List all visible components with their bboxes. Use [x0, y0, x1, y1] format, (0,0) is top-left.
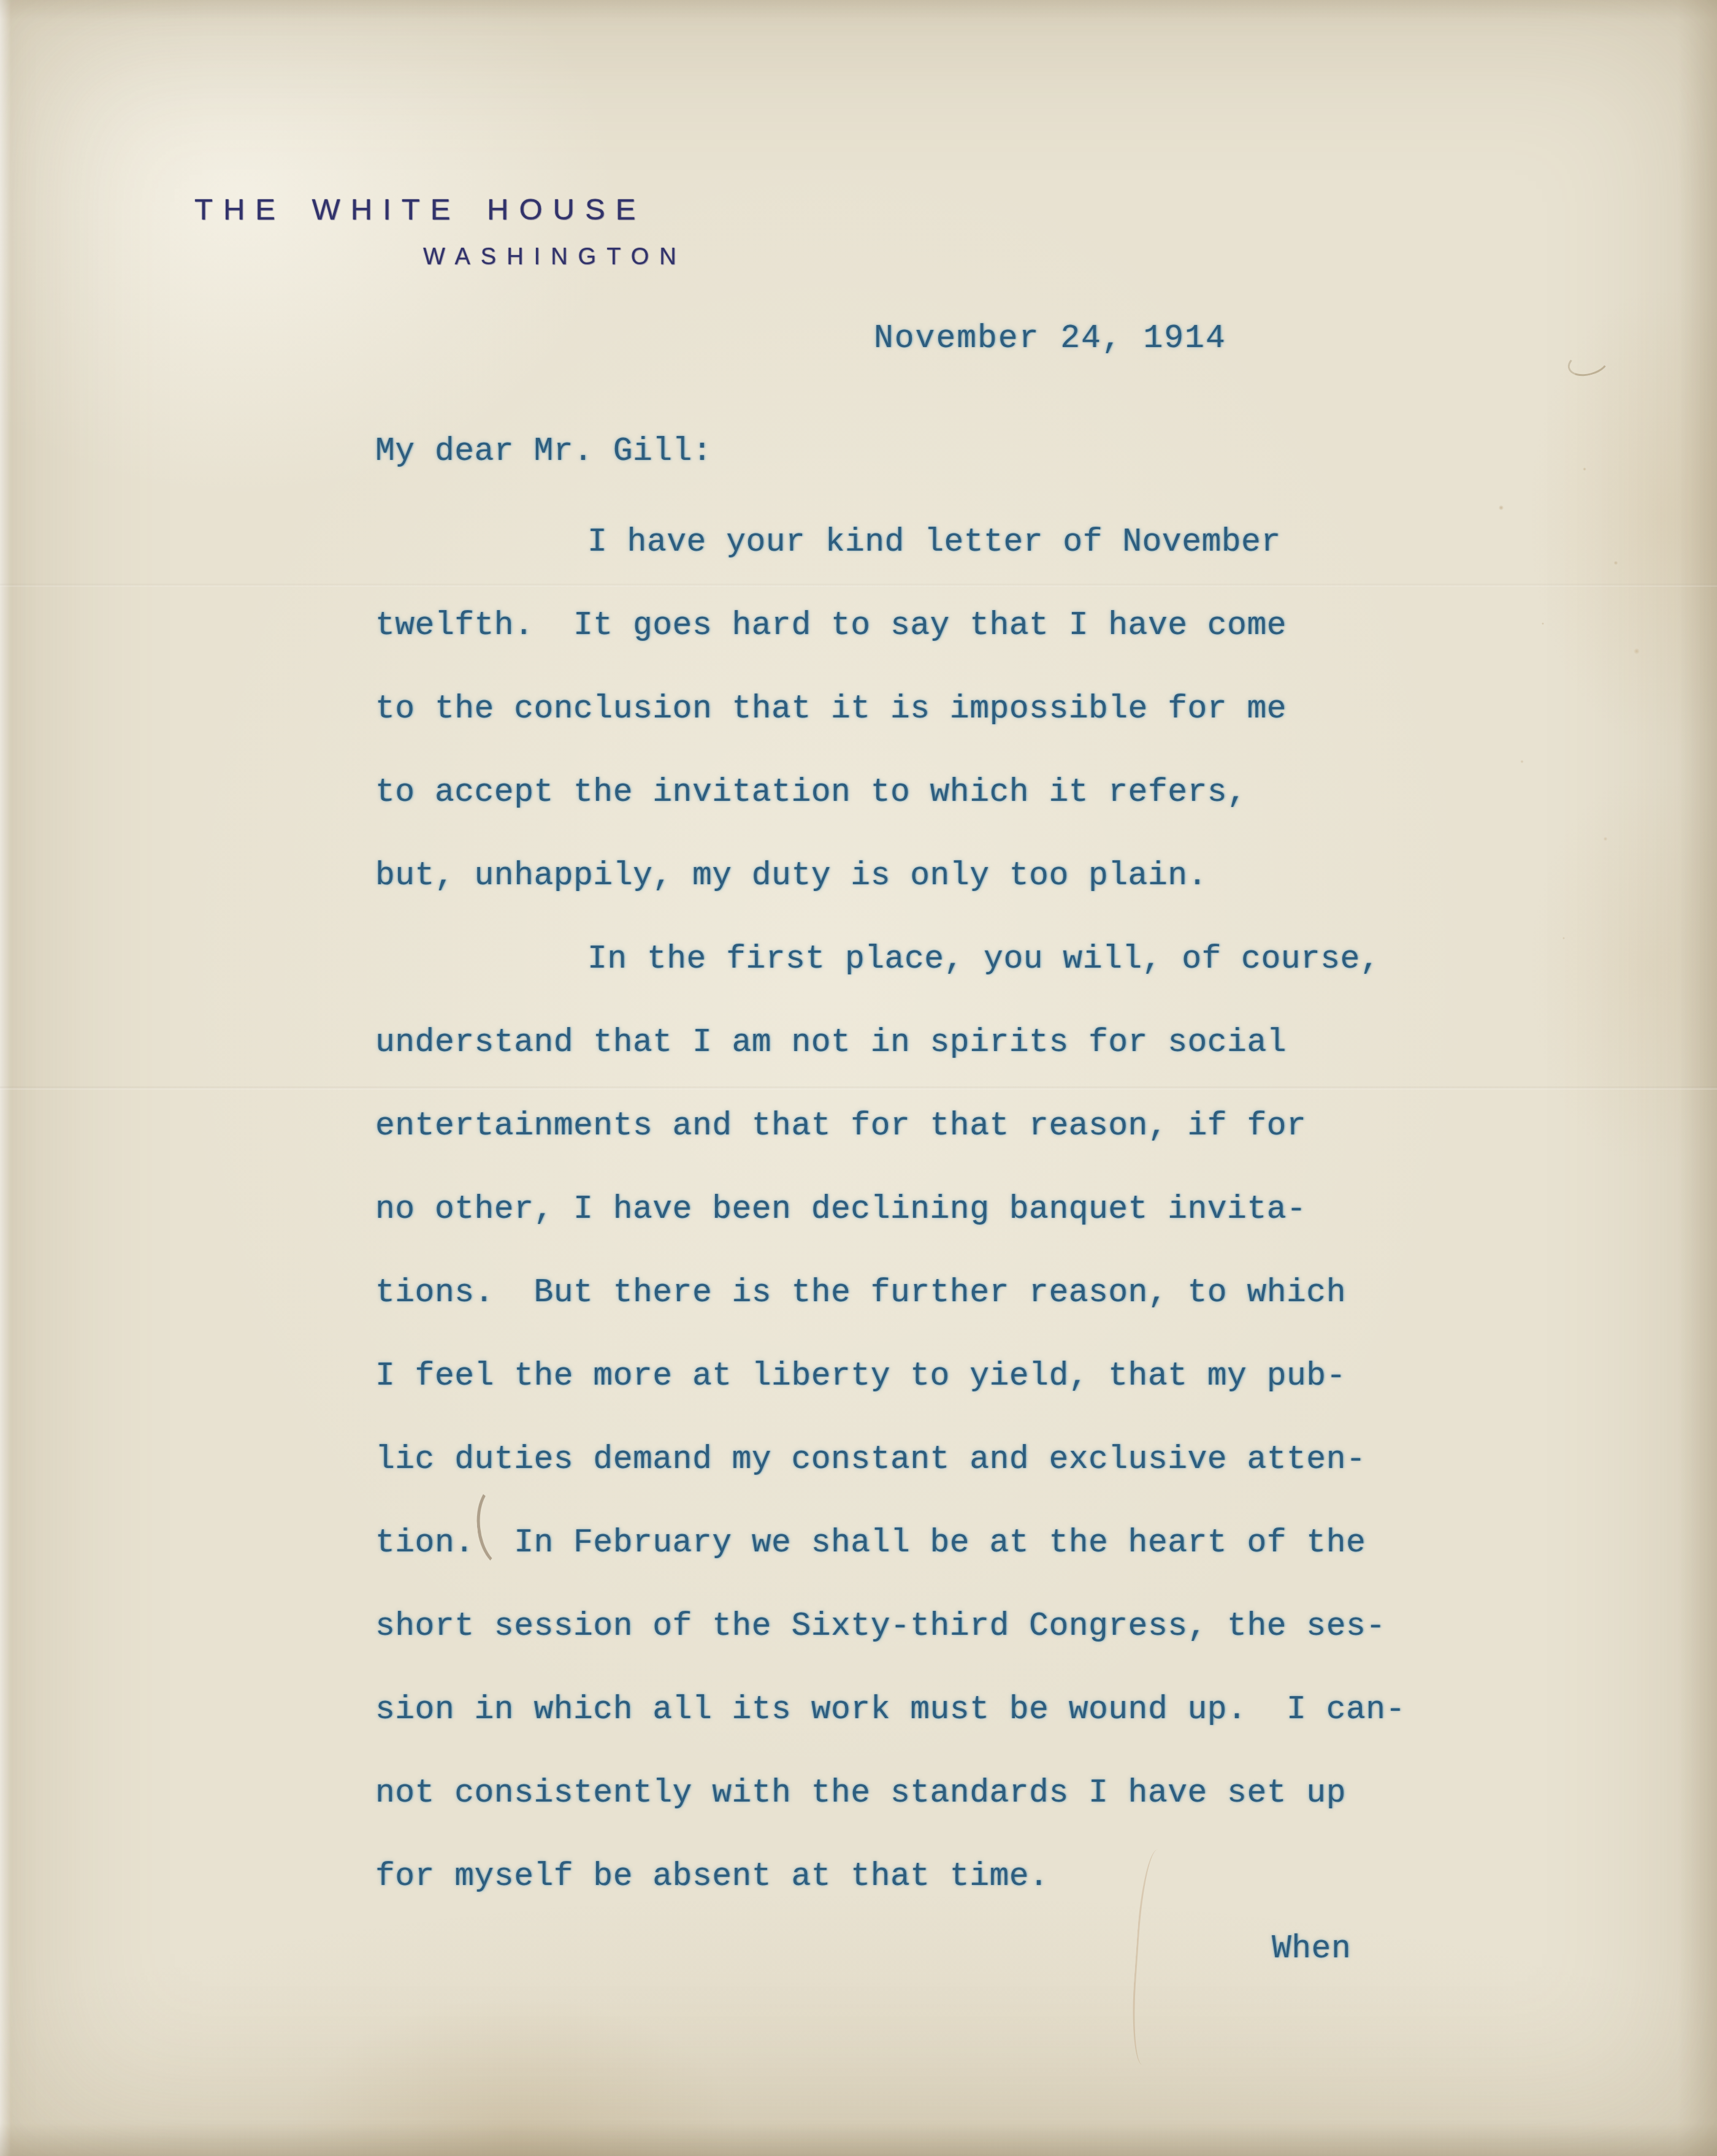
body-line: sion in which all its work must be wound…	[375, 1691, 1455, 1775]
letter-page: THE WHITE HOUSE WASHINGTON November 24, …	[0, 0, 1717, 2156]
paper-edge-left	[0, 0, 11, 2156]
catchword: When	[1272, 1930, 1351, 1967]
letterhead-line2: WASHINGTON	[423, 244, 687, 270]
body-line: understand that I am not in spirits for …	[375, 1024, 1455, 1107]
body-line: I feel the more at liberty to yield, tha…	[375, 1358, 1455, 1441]
date-line: November 24, 1914	[874, 320, 1226, 357]
letterhead-line1: THE WHITE HOUSE	[194, 193, 646, 227]
body-line: not consistently with the standards I ha…	[375, 1775, 1455, 1858]
body-line: lic duties demand my constant and exclus…	[375, 1441, 1455, 1524]
paper-edge-right	[1678, 0, 1717, 2156]
body-line: to accept the invitation to which it ref…	[375, 774, 1455, 857]
paper-edge-top	[0, 0, 1717, 20]
body-line: twelfth. It goes hard to say that I have…	[375, 607, 1455, 690]
letter-body: My dear Mr. Gill: I have your kind lette…	[375, 433, 1455, 1941]
body-line: tions. But there is the further reason, …	[375, 1274, 1455, 1358]
body-line: to the conclusion that it is impossible …	[375, 690, 1455, 774]
body-line: I have your kind letter of November	[375, 524, 1455, 607]
salutation: My dear Mr. Gill:	[375, 433, 1455, 524]
body-line: no other, I have been declining banquet …	[375, 1191, 1455, 1274]
paper-edge-bottom	[0, 2123, 1717, 2156]
body-line: tion. In February we shall be at the hea…	[375, 1524, 1455, 1608]
stray-pencil-mark	[1565, 346, 1612, 380]
body-line: but, unhappily, my duty is only too plai…	[375, 857, 1455, 941]
body-line: In the first place, you will, of course,	[375, 941, 1455, 1024]
foxing-speckles	[1459, 442, 1668, 993]
body-line: for myself be absent at that time.	[375, 1858, 1455, 1941]
body-line: entertainments and that for that reason,…	[375, 1107, 1455, 1191]
body-line: short session of the Sixty-third Congres…	[375, 1608, 1455, 1691]
